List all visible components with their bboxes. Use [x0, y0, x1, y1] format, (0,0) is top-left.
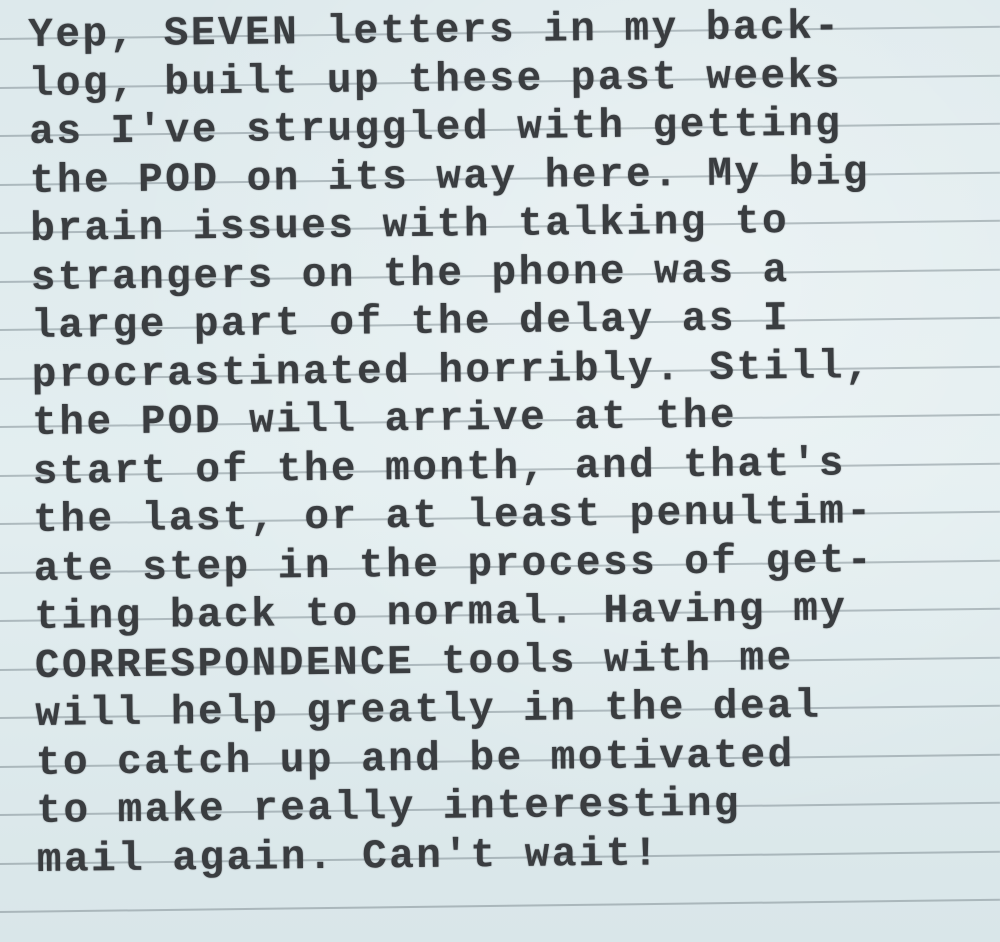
paper-sheet: Yep, SEVEN letters in my back- log, buil…	[0, 0, 1000, 942]
text-line: mail again. Can't wait!	[37, 826, 997, 885]
text-line: ate step in the process of get-	[34, 535, 994, 594]
typed-letter-body: Yep, SEVEN letters in my back- log, buil…	[28, 2, 997, 885]
text-line: procrastinated horribly. Still,	[32, 341, 992, 400]
ruled-line	[0, 899, 1000, 913]
text-line: the POD on its way here. My big	[30, 147, 990, 206]
